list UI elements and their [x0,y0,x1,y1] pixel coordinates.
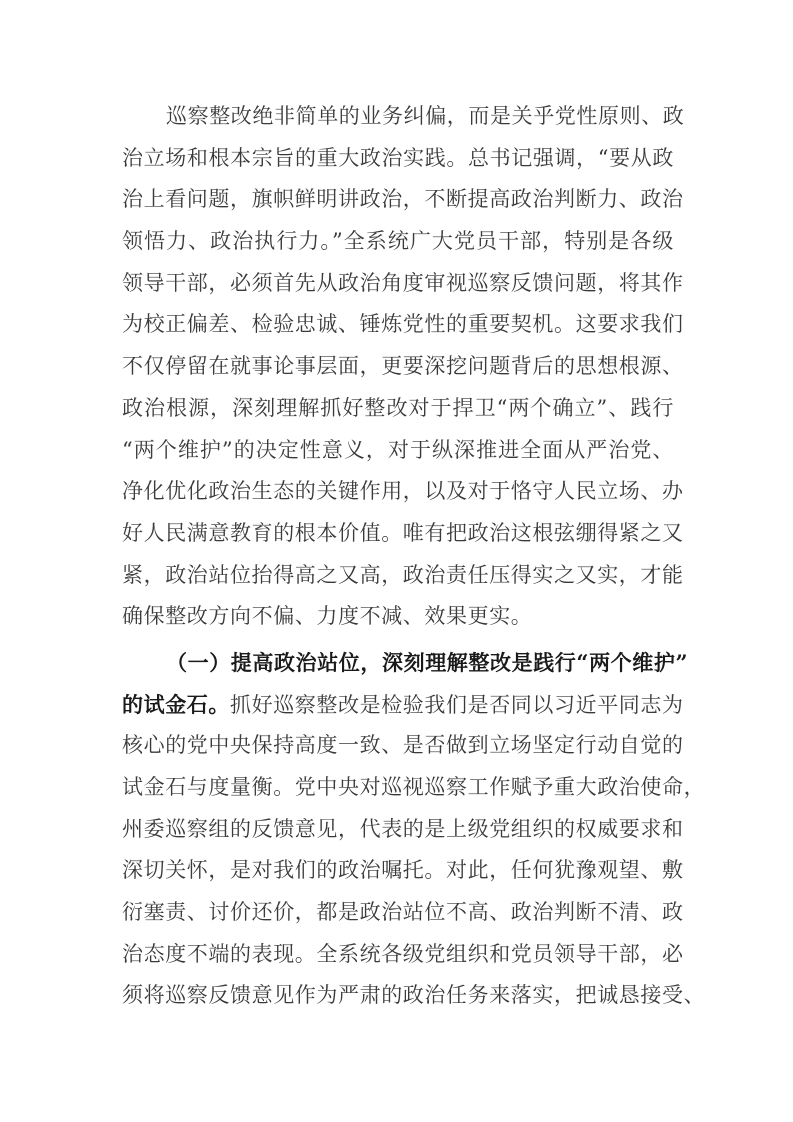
text-line-rest: 抓好巡察整改是检验我们是否同以习近平同志为 [230,693,684,717]
text-line: 为校正偏差、检验忠诚、锤炼党性的重要契机。这要求我们 [122,304,674,346]
paragraph-section-one: （一）提高政治站位，深刻理解整改是践行“两个维护” 的试金石。抓好巡察整改是检验… [122,642,674,1017]
text-line: 州委巡察组的反馈意见，代表的是上级党组织的权威要求和 [122,809,674,851]
text-line: 领悟力、政治执行力。”全系统广大党员干部，特别是各级 [122,221,674,263]
text-line: 巡察整改绝非简单的业务纠偏，而是关乎党性原则、政 [122,96,674,138]
text-line: 治态度不端的表现。全系统各级党组织和党员领导干部，必 [122,934,674,976]
text-line: 须将巡察反馈意见作为严肃的政治任务来落实，把诚恳接受、 [122,975,674,1017]
text-line: 核心的党中央保持高度一致、是否做到立场坚定行动自觉的 [122,725,674,767]
text-line: 衍塞责、讨价还价，都是政治站位不高、政治判断不清、政 [122,892,674,934]
text-line: 治立场和根本宗旨的重大政治实践。总书记强调，“要从政 [122,138,674,180]
section-heading: （一）提高政治站位，深刻理解整改是践行“两个维护” [122,642,674,684]
text-line: 确保整改方向不偏、力度不减、效果更实。 [122,596,674,638]
paragraph-intro: 巡察整改绝非简单的业务纠偏，而是关乎党性原则、政 治立场和根本宗旨的重大政治实践… [122,96,674,638]
section-heading-tail: 的试金石。 [122,692,230,717]
text-line: 好人民满意教育的根本价值。唯有把政治这根弦绷得紧之又 [122,513,674,555]
text-line: “两个维护”的决定性意义，对于纵深推进全面从严治党、 [122,430,674,472]
text-line: 净化优化政治生态的关键作用，以及对于恪守人民立场、办 [122,471,674,513]
document-page: 巡察整改绝非简单的业务纠偏，而是关乎党性原则、政 治立场和根本宗旨的重大政治实践… [122,96,674,1017]
text-line: 的试金石。抓好巡察整改是检验我们是否同以习近平同志为 [122,684,674,726]
text-line: 治上看问题，旗帜鲜明讲政治，不断提高政治判断力、政治 [122,179,674,221]
text-line: 深切关怀，是对我们的政治嘱托。对此，任何犹豫观望、敷 [122,850,674,892]
text-line: 紧，政治站位抬得高之又高，政治责任压得实之又实，才能 [122,555,674,597]
text-line: 领导干部，必须首先从政治角度审视巡察反馈问题，将其作 [122,263,674,305]
text-line: 不仅停留在就事论事层面，更要深挖问题背后的思想根源、 [122,346,674,388]
text-line: 政治根源，深刻理解抓好整改对于捍卫“两个确立”、践行 [122,388,674,430]
text-line: 试金石与度量衡。党中央对巡视巡察工作赋予重大政治使命， [122,767,674,809]
